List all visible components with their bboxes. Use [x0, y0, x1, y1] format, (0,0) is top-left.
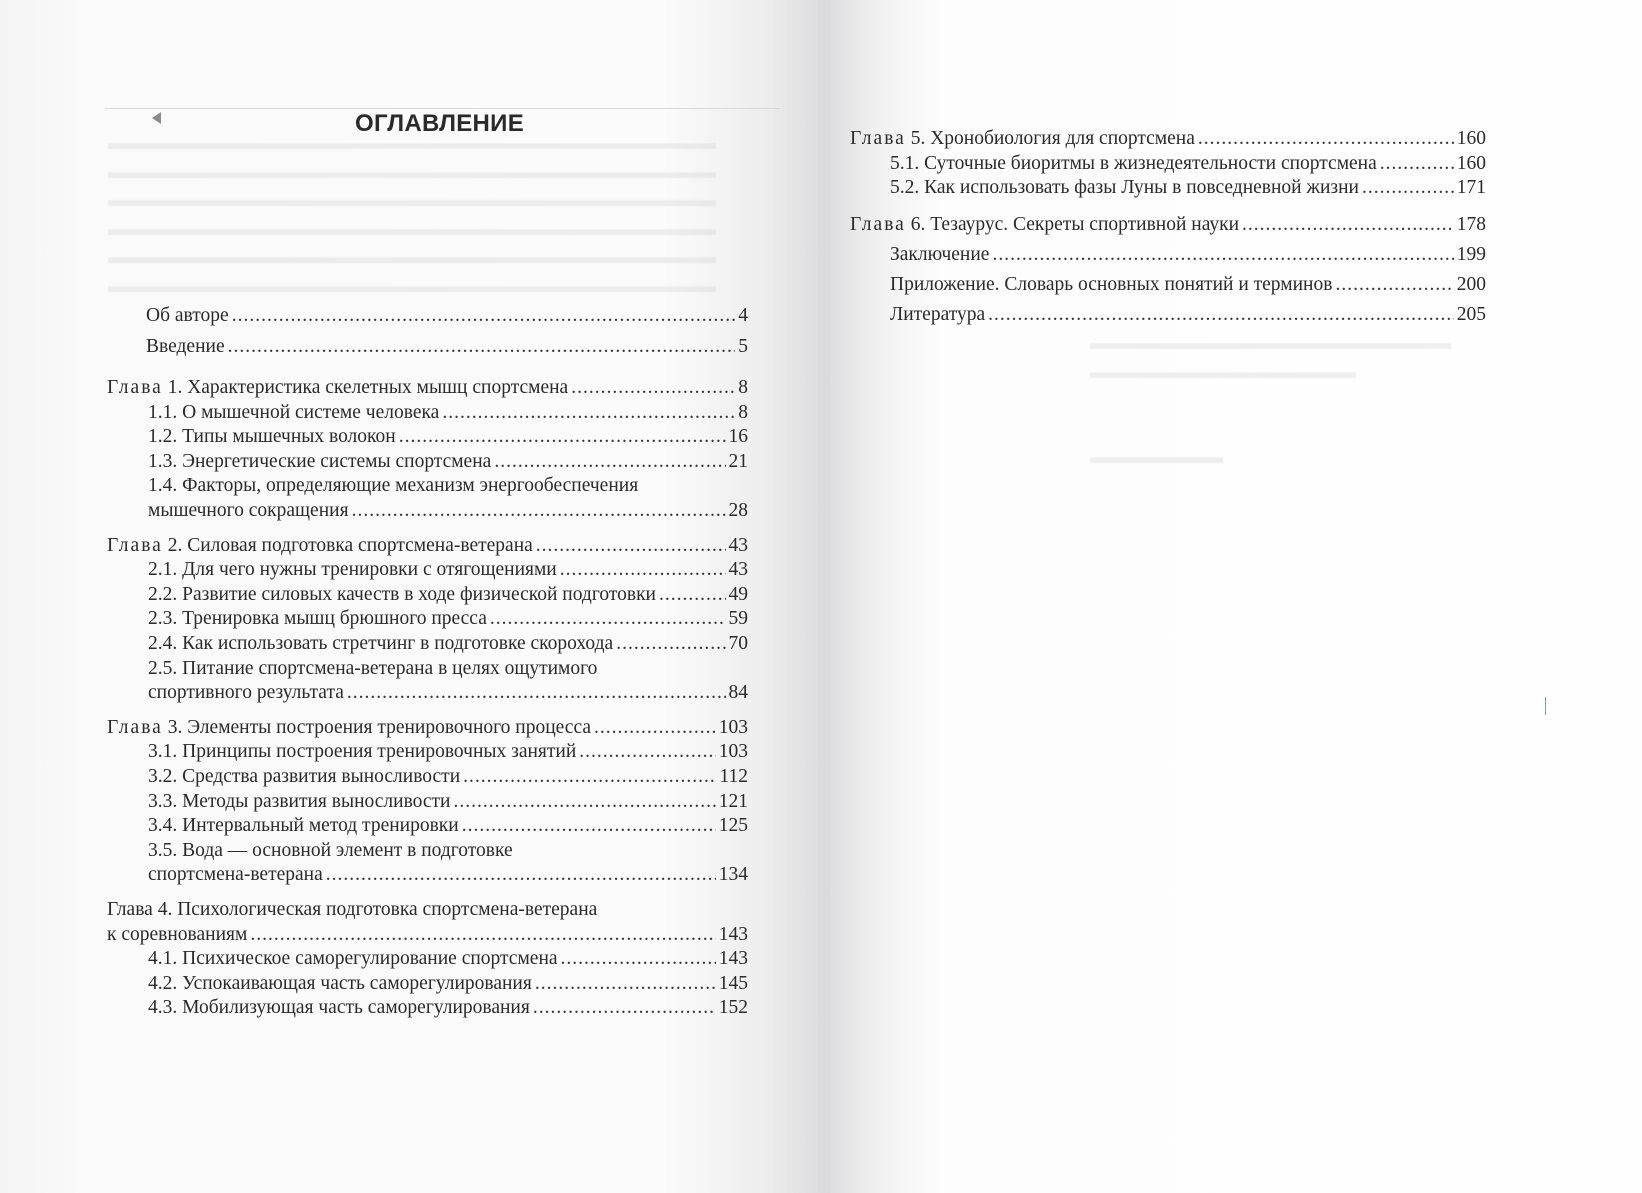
toc-front[interactable]: Введение5 [146, 336, 748, 358]
page-number: 143 [719, 924, 748, 946]
toc-chapter[interactable]: Глава 6. Тезаурус. Секреты спортивной на… [850, 214, 1486, 236]
entry-title: Литература [890, 304, 985, 326]
leader-dots [536, 535, 726, 557]
leader-dots [228, 336, 736, 358]
page-number: 49 [729, 584, 749, 606]
page-number: 8 [738, 377, 748, 399]
toc-section[interactable]: мышечного сокращения28 [148, 500, 748, 522]
entry-title: мышечного сокращения [148, 500, 349, 522]
page-number: 134 [719, 864, 748, 886]
entry-title: 5.2. Как использовать фазы Луны в повсед… [890, 177, 1359, 199]
page-number: 205 [1457, 304, 1486, 326]
toc-section[interactable]: 5.2. Как использовать фазы Луны в повсед… [890, 177, 1486, 199]
toc-section[interactable]: 3.1. Принципы построения тренировочных з… [148, 741, 748, 763]
toc-section[interactable]: 4.2. Успокаивающая часть саморегулирован… [148, 973, 748, 995]
leader-dots [250, 924, 715, 946]
leader-dots [463, 766, 716, 788]
toc-section[interactable]: Литература205 [890, 304, 1486, 326]
leader-dots [992, 244, 1453, 266]
toc-section[interactable]: Приложение. Словарь основных понятий и т… [890, 274, 1486, 296]
entry-title: спортивного результата [148, 682, 344, 704]
toc-section[interactable]: 4.1. Психическое саморегулирование спорт… [148, 948, 748, 970]
page-number: 200 [1457, 274, 1486, 296]
page-number: 21 [729, 451, 749, 473]
toc-entry-line1: 2.5. Питание спортсмена-ветерана в целях… [148, 658, 597, 680]
entry-title: 2.2. Развитие силовых качеств в ходе физ… [148, 584, 656, 606]
page-number: 59 [729, 608, 749, 630]
leader-dots [1380, 153, 1454, 175]
leader-dots [571, 377, 735, 399]
leader-dots [561, 948, 716, 970]
page-number: 160 [1457, 128, 1486, 150]
entry-title: Приложение. Словарь основных понятий и т… [890, 274, 1332, 296]
page-number: 160 [1457, 153, 1486, 175]
toc-section[interactable]: 5.1. Суточные биоритмы в жизнедеятельнос… [890, 153, 1486, 175]
toc-chapter[interactable]: Глава 1. Характеристика скелетных мышц с… [107, 377, 748, 399]
entry-title: Заключение [890, 244, 989, 266]
page-number: 103 [719, 717, 748, 739]
leader-dots [490, 608, 726, 630]
leader-dots [347, 682, 726, 704]
entry-title: 1.1. О мышечной системе человека [148, 402, 439, 424]
page-number: 4 [738, 305, 748, 327]
toc-section[interactable]: 2.4. Как использовать стретчинг в подгот… [148, 633, 748, 655]
page-number: 8 [738, 402, 748, 424]
entry-title: 3.2. Средства развития выносливости [148, 766, 460, 788]
header-rule [105, 108, 780, 109]
toc-chapter[interactable]: Глава 3. Элементы построения тренировочн… [107, 717, 748, 739]
entry-title: спортсмена-ветерана [148, 864, 323, 886]
page-number: 43 [729, 559, 749, 581]
entry-title: 2.4. Как использовать стретчинг в подгот… [148, 633, 613, 655]
scan-tick [1545, 697, 1546, 715]
toc-entry-line1: 1.4. Факторы, определяющие механизм энер… [148, 475, 638, 497]
entry-title: Глава 5. Хронобиология для спортсмена [850, 128, 1195, 150]
toc-chapter[interactable]: Глава 2. Силовая подготовка спортсмена-в… [107, 535, 748, 557]
entry-title: 1.2. Типы мышечных волокон [148, 426, 396, 448]
leader-dots [442, 402, 735, 424]
leader-dots [352, 500, 726, 522]
show-through-text-right: ▬▬▬▬▬▬▬▬▬▬▬▬▬▬▬▬▬▬▬▬▬▬▬▬▬▬▬▬▬▬▬▬▬▬▬▬▬▬▬▬ [1090, 330, 1570, 473]
page-number: 178 [1457, 214, 1486, 236]
entry-title: 5.1. Суточные биоритмы в жизнедеятельнос… [890, 153, 1377, 175]
toc-front[interactable]: Об авторе4 [146, 305, 748, 327]
toc-entry-line1: Глава 4. Психологическая подготовка спор… [107, 899, 597, 921]
page-number: 103 [719, 741, 748, 763]
toc-section[interactable]: 3.4. Интервальный метод тренировки125 [148, 815, 748, 837]
page-number: 28 [729, 500, 749, 522]
entry-title: 3.4. Интервальный метод тренировки [148, 815, 459, 837]
page-number: 171 [1457, 177, 1486, 199]
toc-section[interactable]: 2.3. Тренировка мышц брюшного пресса59 [148, 608, 748, 630]
leader-dots [594, 717, 716, 739]
leader-dots [988, 304, 1454, 326]
page-number: 152 [719, 997, 748, 1019]
page-number: 125 [719, 815, 748, 837]
page-number: 5 [738, 336, 748, 358]
leader-dots [1198, 128, 1454, 150]
toc-section[interactable]: 1.2. Типы мышечных волокон16 [148, 426, 748, 448]
leader-dots [1242, 214, 1454, 236]
leader-dots [616, 633, 725, 655]
toc-section[interactable]: 2.1. Для чего нужны тренировки с отягоще… [148, 559, 748, 581]
leader-dots [1335, 274, 1453, 296]
toc-chapter[interactable]: к соревнованиям143 [107, 924, 748, 946]
toc-section[interactable]: 1.1. О мышечной системе человека8 [148, 402, 748, 424]
entry-title: 4.1. Психическое саморегулирование спорт… [148, 948, 558, 970]
entry-title: 3.1. Принципы построения тренировочных з… [148, 741, 576, 763]
entry-title: 4.2. Успокаивающая часть саморегулирован… [148, 973, 532, 995]
entry-title: 2.1. Для чего нужны тренировки с отягоще… [148, 559, 557, 581]
toc-section[interactable]: 3.3. Методы развития выносливости121 [148, 791, 748, 813]
toc-entry-line1: 3.5. Вода — основной элемент в подготовк… [148, 840, 513, 862]
page-number: 112 [719, 766, 748, 788]
page-title: ОГЛАВЛЕНИЕ [355, 110, 524, 138]
toc-section[interactable]: 4.3. Мобилизующая часть саморегулировани… [148, 997, 748, 1019]
page-number: 143 [719, 948, 748, 970]
show-through-text: ▬▬▬▬▬▬▬▬▬▬▬▬▬▬▬▬▬▬▬▬▬▬▬▬▬▬▬▬▬▬▬▬▬▬▬▬▬▬▬▬… [108, 130, 788, 301]
page-number: 145 [719, 973, 748, 995]
entry-title: 3.3. Методы развития выносливости [148, 791, 451, 813]
leader-dots [560, 559, 726, 581]
leader-dots [462, 815, 716, 837]
entry-title: Глава 6. Тезаурус. Секреты спортивной на… [850, 214, 1239, 236]
leader-dots [535, 973, 716, 995]
leader-dots [399, 426, 726, 448]
leader-dots [232, 305, 736, 327]
leader-dots [494, 451, 725, 473]
scan-mark [152, 112, 161, 124]
page-number: 70 [729, 633, 749, 655]
entry-title: Об авторе [146, 305, 229, 327]
toc-section[interactable]: спортсмена-ветерана134 [148, 864, 748, 886]
page-number: 121 [719, 791, 748, 813]
leader-dots [659, 584, 726, 606]
page-number: 16 [729, 426, 749, 448]
entry-title: Глава 3. Элементы построения тренировочн… [107, 717, 591, 739]
toc-section[interactable]: 3.2. Средства развития выносливости112 [148, 766, 748, 788]
leader-dots [579, 741, 715, 763]
entry-title: к соревнованиям [107, 924, 247, 946]
page-number: 199 [1457, 244, 1486, 266]
entry-title: 1.3. Энергетические системы спортсмена [148, 451, 491, 473]
toc-chapter[interactable]: Глава 5. Хронобиология для спортсмена160 [850, 128, 1486, 150]
entry-title: 4.3. Мобилизующая часть саморегулировани… [148, 997, 530, 1019]
entry-title: Глава 1. Характеристика скелетных мышц с… [107, 377, 568, 399]
entry-title: 2.3. Тренировка мышц брюшного пресса [148, 608, 487, 630]
toc-section[interactable]: спортивного результата84 [148, 682, 748, 704]
toc-section[interactable]: Заключение199 [890, 244, 1486, 266]
toc-section[interactable]: 1.3. Энергетические системы спортсмена21 [148, 451, 748, 473]
page-number: 84 [729, 682, 749, 704]
leader-dots [1362, 177, 1454, 199]
page-number: 43 [729, 535, 749, 557]
leader-dots [326, 864, 716, 886]
leader-dots [533, 997, 716, 1019]
entry-title: Глава 2. Силовая подготовка спортсмена-в… [107, 535, 533, 557]
toc-section[interactable]: 2.2. Развитие силовых качеств в ходе физ… [148, 584, 748, 606]
entry-title: Введение [146, 336, 225, 358]
leader-dots [454, 791, 716, 813]
